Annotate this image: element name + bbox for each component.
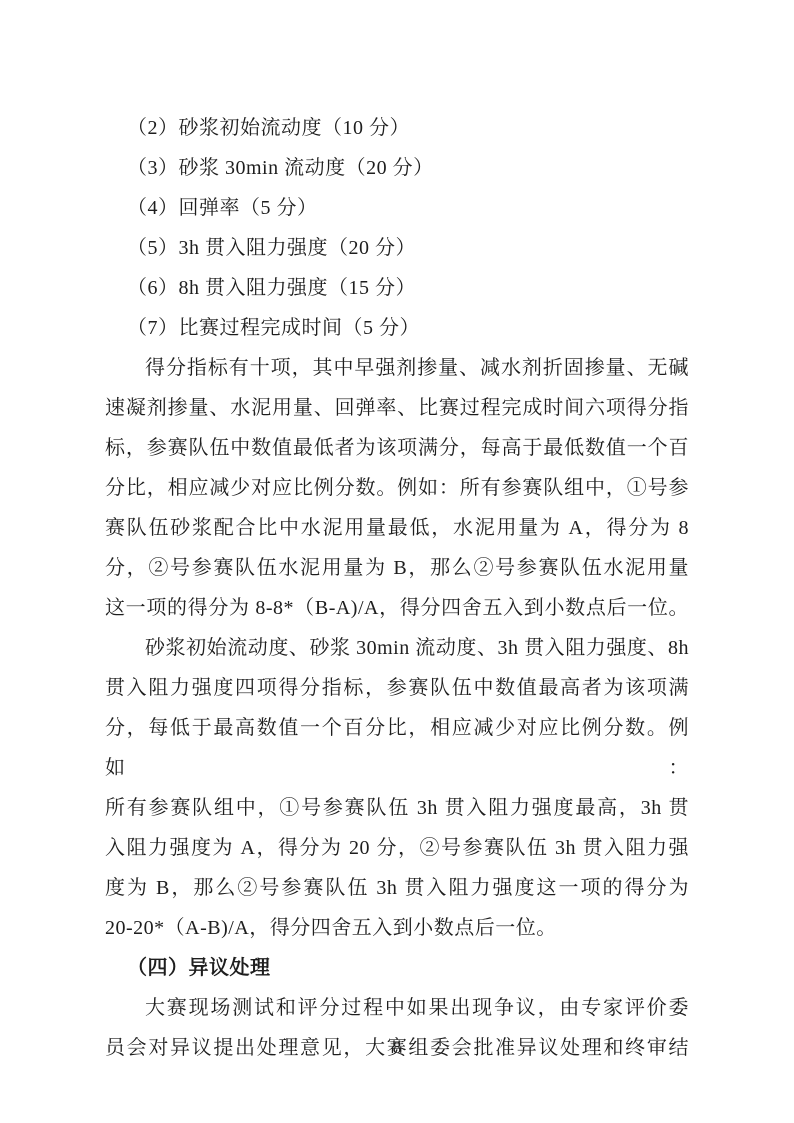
text-line: 赛队伍砂浆配合比中水泥用量最低，水泥用量为 A，得分为 8 [105, 508, 689, 548]
text-line: 度为 B，那么②号参赛队伍 3h 贯入阻力强度这一项的得分为 [105, 868, 689, 908]
list-item: （5）3h 贯入阻力强度（20 分） [105, 228, 689, 268]
text-line: 20-20*（A-B)/A，得分四舍五入到小数点后一位。 [105, 908, 689, 948]
text-line: 速凝剂掺量、水泥用量、回弹率、比赛过程完成时间六项得分指 [105, 388, 689, 428]
list-item: （2）砂浆初始流动度（10 分） [105, 108, 689, 148]
text-line: 入阻力强度为 A，得分为 20 分，②号参赛队伍 3h 贯入阻力强 [105, 828, 689, 868]
document-page: （2）砂浆初始流动度（10 分）（3）砂浆 30min 流动度（20 分）（4）… [0, 0, 794, 1123]
section-heading: （四）异议处理 [105, 948, 689, 988]
list-item: （4）回弹率（5 分） [105, 188, 689, 228]
text-line: 所有参赛队组中，①号参赛队伍 3h 贯入阻力强度最高，3h 贯 [105, 788, 689, 828]
text-line: 分，②号参赛队伍水泥用量为 B，那么②号参赛队伍水泥用量 [105, 548, 689, 588]
list-item: （3）砂浆 30min 流动度（20 分） [105, 148, 689, 188]
text-line: 大赛现场测试和评分过程中如果出现争议，由专家评价委 [105, 988, 689, 1028]
text-line: 标，参赛队伍中数值最低者为该项满分，每高于最低数值一个百 [105, 428, 689, 468]
text-line: 这一项的得分为 8-8*（B-A)/A，得分四舍五入到小数点后一位。 [105, 588, 689, 628]
text-line: 贯入阻力强度四项得分指标，参赛队伍中数值最高者为该项满 [105, 668, 689, 708]
list-item: （7）比赛过程完成时间（5 分） [105, 308, 689, 348]
text-line: 砂浆初始流动度、砂浆 30min 流动度、3h 贯入阻力强度、8h [105, 628, 689, 668]
page-number: 8 [0, 1032, 794, 1064]
document-body: （2）砂浆初始流动度（10 分）（3）砂浆 30min 流动度（20 分）（4）… [105, 108, 689, 1068]
list-item: （6）8h 贯入阻力强度（15 分） [105, 268, 689, 308]
text-line: 分比，相应减少对应比例分数。例如：所有参赛队组中，①号参 [105, 468, 689, 508]
text-line: 得分指标有十项，其中早强剂掺量、减水剂折固掺量、无碱 [105, 348, 689, 388]
text-line: 分，每低于最高数值一个百分比，相应减少对应比例分数。例如： [105, 708, 689, 788]
